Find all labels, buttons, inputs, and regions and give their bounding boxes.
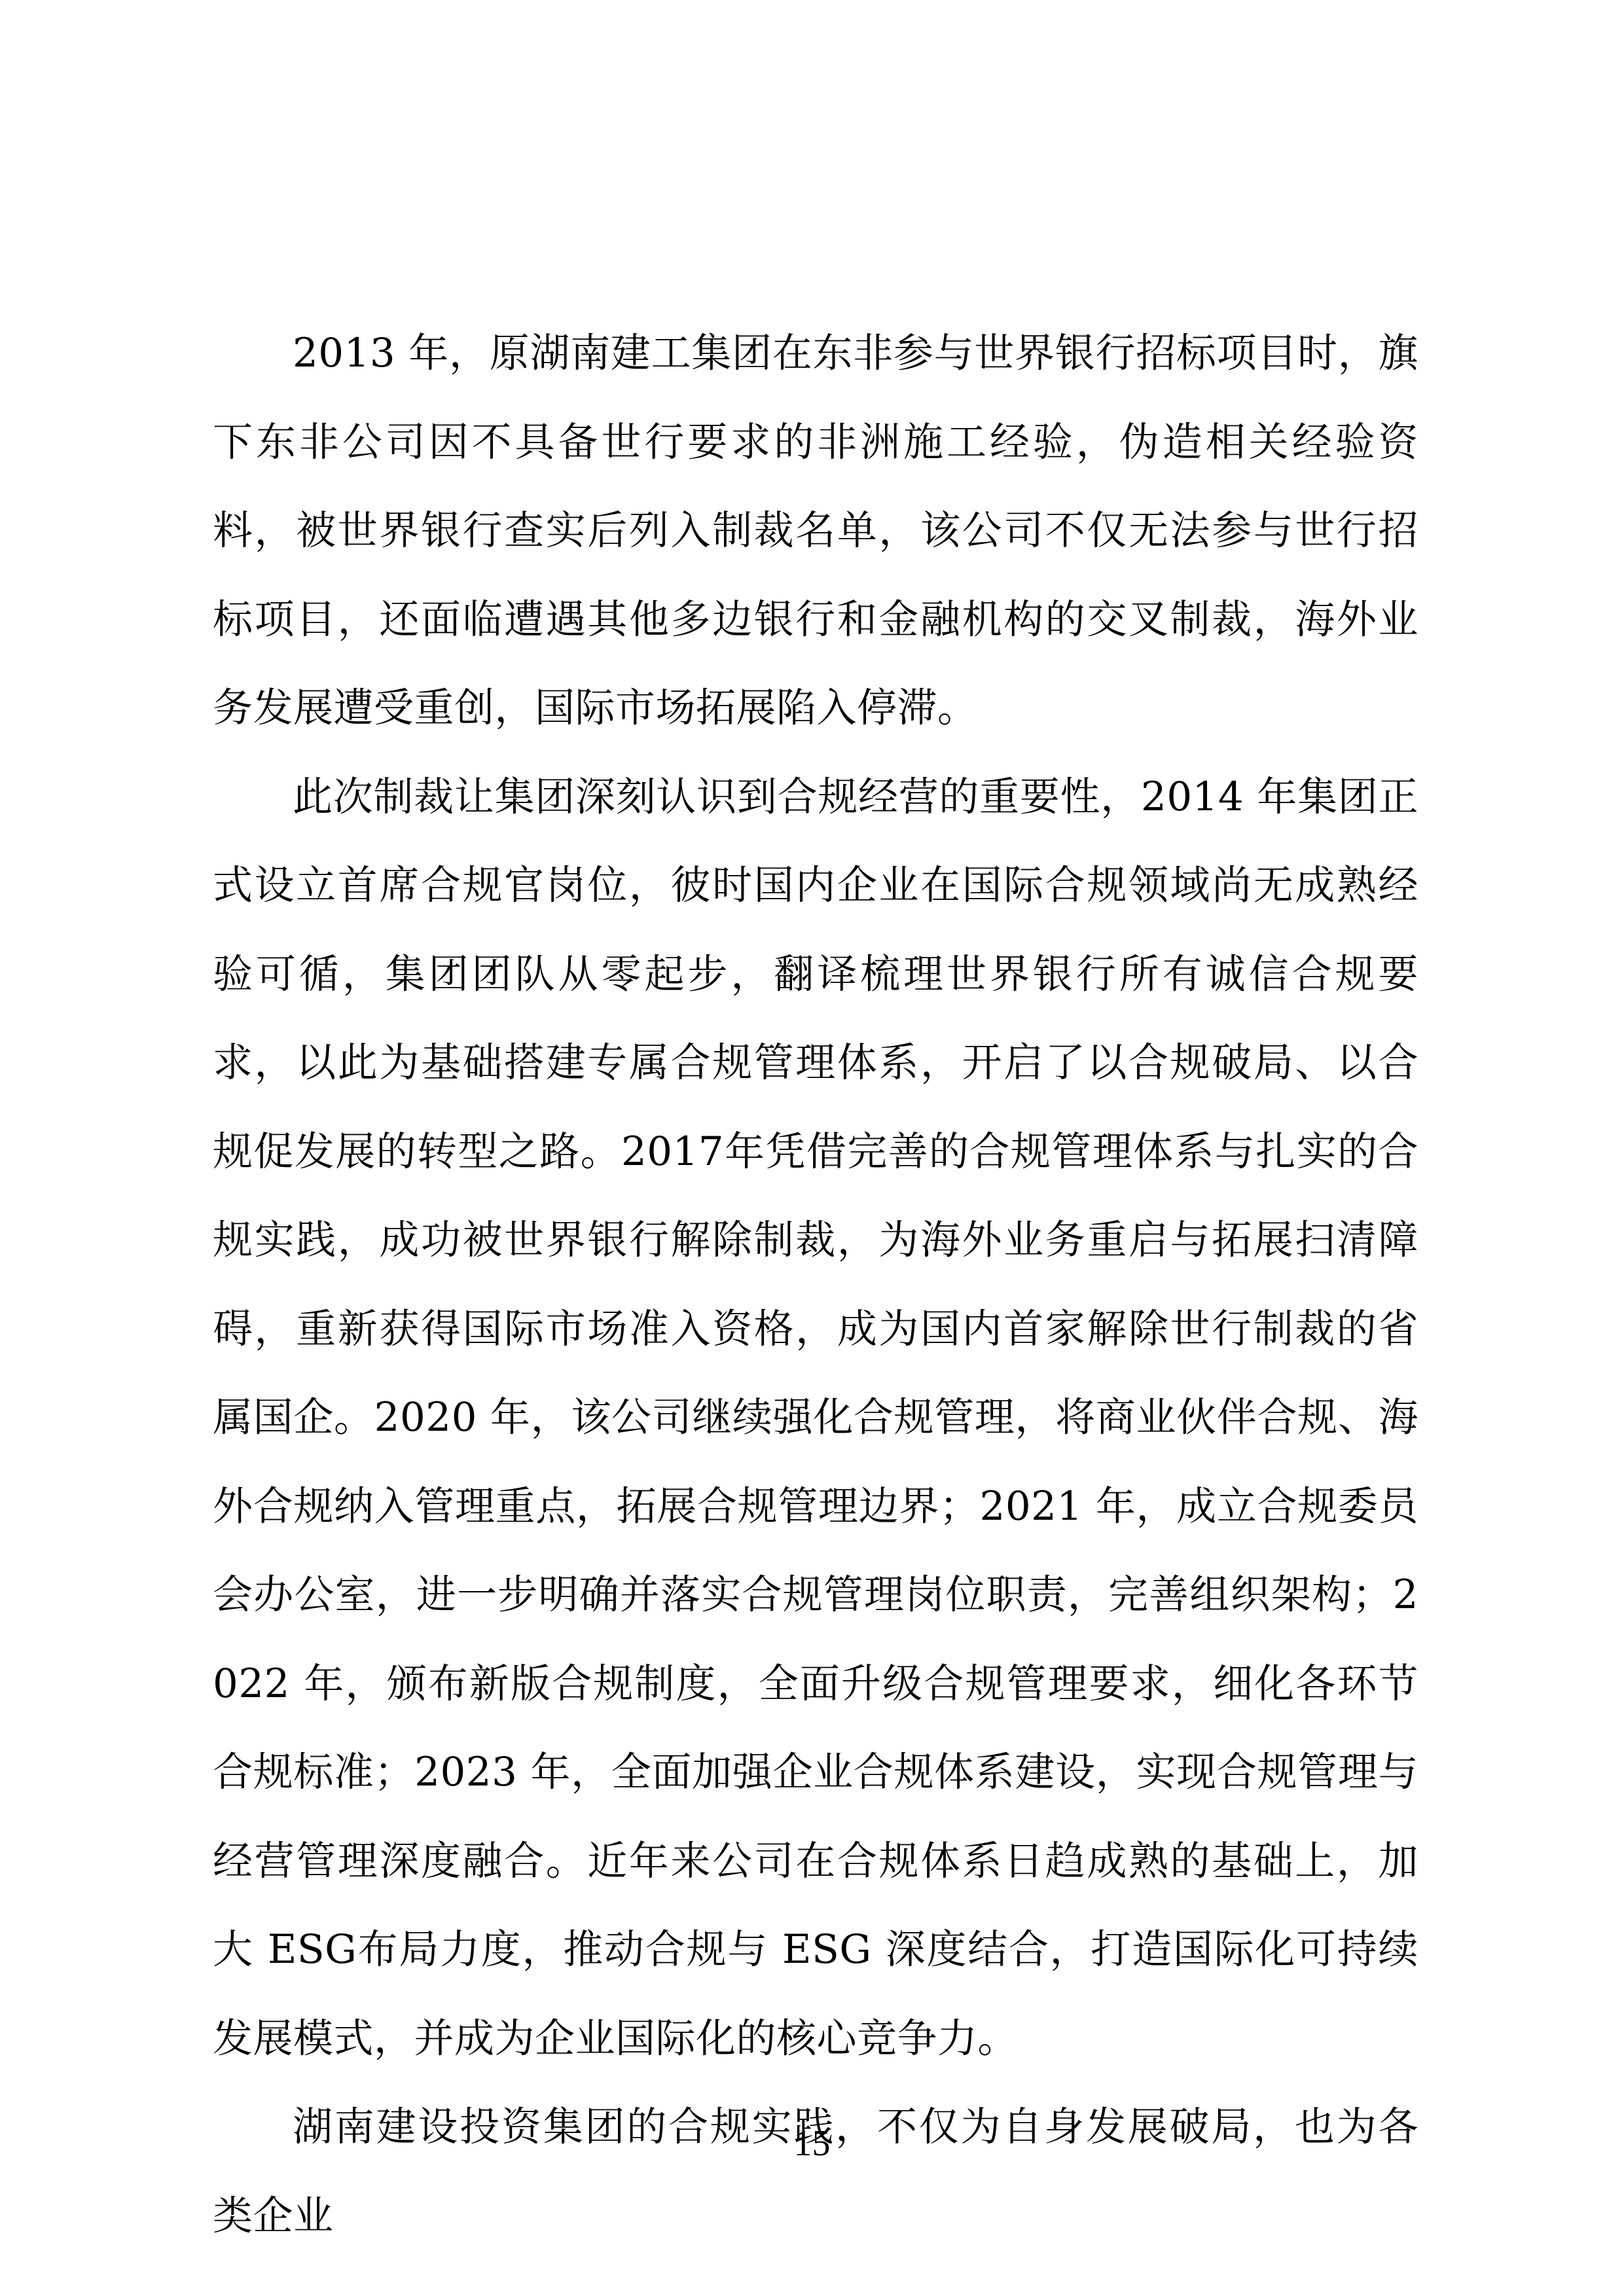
- paragraph-compliance-practice: 湖南建设投资集团的合规实践，不仅为自身发展破局，也为各类企业: [213, 2083, 1418, 2260]
- paragraph-sanction-history: 2013 年，原湖南建工集团在东非参与世界银行招标项目时，旗下东非公司因不具备世…: [213, 309, 1418, 753]
- paragraph-compliance-transformation: 此次制裁让集团深刻认识到合规经营的重要性，2014 年集团正式设立首席合规官岗位…: [213, 753, 1418, 2083]
- page-number: 15: [0, 2121, 1624, 2166]
- document-page: 2013 年，原湖南建工集团在东非参与世界银行招标项目时，旗下东非公司因不具备世…: [0, 0, 1624, 2296]
- body-text: 2013 年，原湖南建工集团在东非参与世界银行招标项目时，旗下东非公司因不具备世…: [213, 309, 1418, 2260]
